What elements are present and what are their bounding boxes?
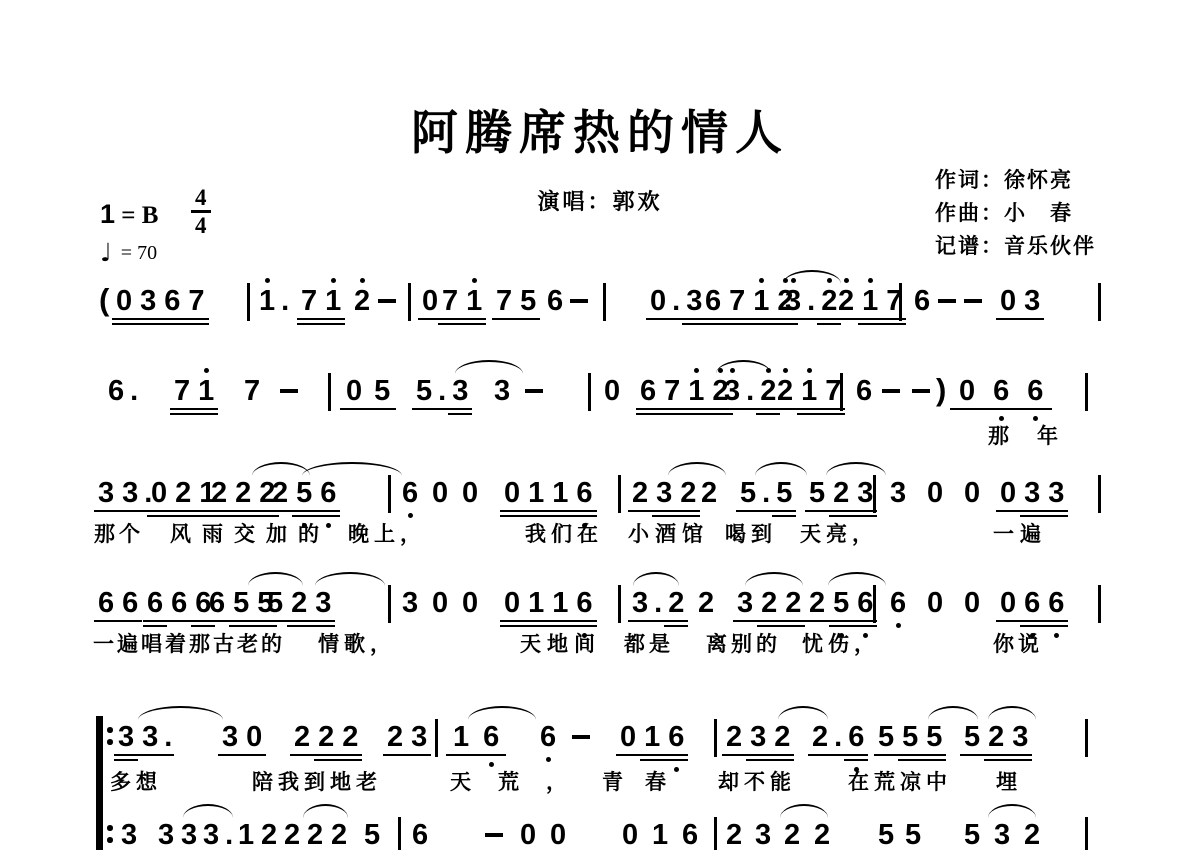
- beam-line: [652, 510, 676, 513]
- beam-line: [882, 323, 906, 326]
- beam-line: [160, 318, 184, 321]
- note: 2: [257, 820, 281, 850]
- beam-line: [316, 510, 340, 513]
- note: 6: [536, 722, 560, 752]
- note: 2: [1020, 820, 1044, 850]
- note: 6: [886, 588, 910, 618]
- duration-dash: [938, 299, 956, 303]
- beam-line: [773, 408, 797, 411]
- slur-arc: [138, 706, 223, 720]
- note: 3: [1008, 722, 1032, 752]
- note: 1: [749, 286, 773, 316]
- note-digit: 0: [622, 819, 638, 850]
- note-group: 5: [360, 820, 384, 850]
- note-group: 0: [546, 820, 570, 850]
- beam-line: [772, 515, 796, 518]
- note-digit: 6: [705, 285, 721, 317]
- beam-line: [853, 515, 877, 518]
- note-digit: 3: [142, 721, 158, 753]
- beam-line: [805, 620, 829, 623]
- note-digit: 0: [432, 477, 448, 509]
- note-group: 5: [874, 820, 898, 850]
- note-group: 03: [996, 286, 1044, 316]
- beam-line: [171, 510, 195, 513]
- note: 2: [268, 478, 292, 508]
- note-digit: 7: [174, 375, 190, 407]
- note-digit: 1: [552, 477, 568, 509]
- note: 6: [104, 376, 128, 406]
- note: 6: [167, 588, 191, 618]
- beam-line: [572, 625, 596, 628]
- beam-line: [646, 318, 670, 321]
- beam-line: [255, 515, 279, 518]
- slur-arc: [716, 360, 771, 374]
- slur-arc: [455, 360, 523, 374]
- note: 0: [340, 376, 368, 406]
- barline: [714, 817, 717, 850]
- octave-dot-high: [694, 368, 699, 373]
- beam-line: [858, 318, 882, 321]
- note-group: 71: [170, 376, 218, 406]
- note-digit: 2: [307, 819, 323, 850]
- note-group: 2: [810, 820, 834, 850]
- beam-line: [287, 620, 311, 623]
- beam-line: [118, 510, 142, 513]
- beam-line: [664, 759, 688, 762]
- note-digit: 6: [402, 477, 418, 509]
- beam-line: [138, 754, 162, 757]
- note-digit: .: [672, 285, 680, 317]
- beam-line: [781, 625, 805, 628]
- slur-arc: [315, 572, 385, 586]
- note-digit: .: [225, 819, 233, 850]
- note-digit: 6: [209, 587, 225, 619]
- octave-dot-high: [472, 278, 477, 283]
- note-digit: 1: [688, 375, 704, 407]
- note: 1: [548, 588, 572, 618]
- beam-line: [829, 625, 853, 628]
- beam-line: [821, 413, 845, 416]
- note: 3: [199, 820, 223, 850]
- beam-line: [829, 620, 853, 623]
- beam-line: [94, 510, 118, 513]
- beam-line: [1008, 754, 1032, 757]
- note-digit: 5: [809, 477, 825, 509]
- note: .: [744, 376, 756, 406]
- note-digit: 2: [814, 819, 830, 850]
- note: 2: [290, 722, 314, 752]
- beam-line: [749, 318, 773, 321]
- barline: [603, 283, 606, 321]
- beam-line: [572, 620, 596, 623]
- note: 1: [548, 478, 572, 508]
- beam-line: [205, 620, 229, 623]
- beam-line: [722, 754, 746, 757]
- barline: [1085, 817, 1088, 850]
- beam-line: [996, 318, 1020, 321]
- beam-line: [462, 318, 486, 321]
- note-group: 3: [751, 820, 775, 850]
- note: 1: [255, 286, 279, 316]
- note: 5: [516, 286, 540, 316]
- beam-line: [297, 318, 321, 321]
- beam-line: [749, 323, 773, 326]
- note-digit: 7: [825, 375, 841, 407]
- beam-line: [321, 318, 345, 321]
- note-digit: 6: [1048, 587, 1064, 619]
- beam-line: [438, 318, 462, 321]
- note: 0: [618, 820, 642, 850]
- note-digit: 5: [520, 285, 536, 317]
- barline: [899, 283, 902, 321]
- note-digit: 5: [833, 587, 849, 619]
- note: 3: [94, 478, 118, 508]
- beam-line: [757, 625, 781, 628]
- octave-dot-high: [331, 278, 336, 283]
- note-group: 0: [428, 478, 452, 508]
- barline: [388, 585, 391, 623]
- note: 2: [314, 722, 338, 752]
- slur-arc: [988, 706, 1036, 720]
- beam-line: [548, 515, 572, 518]
- note-digit: .: [762, 477, 770, 509]
- beam-line: [1044, 620, 1068, 623]
- note: 3: [177, 820, 201, 850]
- note: 3: [1020, 478, 1044, 508]
- beam-line: [834, 318, 858, 321]
- note-group: 033: [996, 478, 1068, 508]
- note: 1: [640, 722, 664, 752]
- note-digit: 2: [809, 587, 825, 619]
- note-digit: 0: [927, 587, 943, 619]
- note-digit: 5: [267, 587, 283, 619]
- beam-line: [670, 318, 682, 321]
- duration-dash: [485, 833, 503, 837]
- note-group: 322: [733, 588, 805, 618]
- slur-arc: [668, 462, 726, 476]
- beam-line: [844, 754, 868, 757]
- beam-line: [898, 754, 922, 757]
- note-digit: 5: [740, 477, 756, 509]
- note: 2: [338, 722, 362, 752]
- lyric-text: 一遍唱着那古老的: [93, 628, 285, 658]
- note-digit: 6: [993, 375, 1009, 407]
- note-digit: 5: [878, 819, 894, 850]
- beam-line: [136, 323, 160, 326]
- note: 2: [808, 722, 832, 752]
- note-digit: 0: [432, 587, 448, 619]
- note-digit: 2: [761, 587, 777, 619]
- note: 5: [874, 820, 898, 850]
- note-group: 523: [960, 722, 1032, 752]
- note: 3: [154, 820, 178, 850]
- note-digit: 0: [462, 477, 478, 509]
- note-digit: .: [807, 285, 815, 317]
- note-digit: 2: [784, 819, 800, 850]
- note-digit: 3: [203, 819, 219, 850]
- octave-dot-high: [265, 278, 270, 283]
- beam-line: [170, 413, 194, 416]
- note: 0: [960, 588, 984, 618]
- note-digit: 2: [668, 587, 684, 619]
- beam-line: [770, 759, 794, 762]
- beam-line: [446, 754, 476, 757]
- beam-line: [772, 510, 796, 513]
- octave-dot-high: [759, 278, 764, 283]
- note-group: 2: [1020, 820, 1044, 850]
- beam-line: [708, 413, 732, 416]
- note-digit: 0: [620, 721, 636, 753]
- note-group: 0: [516, 820, 540, 850]
- barline: [1098, 475, 1101, 513]
- beam-line: [805, 318, 817, 321]
- note: 5: [412, 376, 436, 406]
- note: 2: [231, 478, 255, 508]
- note-digit: 6: [171, 587, 187, 619]
- note-group: 555: [874, 722, 946, 752]
- note: 3: [407, 722, 431, 752]
- duration-dash: [912, 389, 930, 393]
- note-digit: 1: [652, 819, 668, 850]
- note-digit: .: [654, 587, 662, 619]
- note: 3: [628, 588, 652, 618]
- note-digit: 3: [118, 721, 134, 753]
- beam-line: [1020, 318, 1044, 321]
- note-group: 2: [257, 820, 281, 850]
- note-digit: 3: [737, 587, 753, 619]
- note-group: 3: [490, 376, 514, 406]
- lyric-text: 天亮，: [800, 518, 878, 548]
- note-digit: 2: [838, 285, 854, 317]
- beam-line: [922, 759, 946, 762]
- beam-line: [701, 323, 725, 326]
- note-digit: 3: [1012, 721, 1028, 753]
- note-digit: 0: [550, 819, 566, 850]
- barline: [714, 719, 717, 757]
- slur-arc: [783, 270, 841, 284]
- note-digit: 6: [682, 819, 698, 850]
- note-digit: 0: [604, 375, 620, 407]
- beam-line: [448, 413, 472, 416]
- note-digit: 0: [462, 587, 478, 619]
- beam-line: [314, 754, 338, 757]
- note: 6: [398, 478, 422, 508]
- beam-line: [524, 620, 548, 623]
- note-group: 2: [327, 820, 351, 850]
- note-group: 0116: [500, 588, 597, 618]
- note: 0: [996, 478, 1020, 508]
- note: 5: [368, 376, 396, 406]
- octave-dot-high: [807, 368, 812, 373]
- note-group: 066: [996, 588, 1068, 618]
- intro-paren-close: ): [936, 372, 946, 408]
- beam-line: [171, 515, 195, 518]
- note: 2: [303, 820, 327, 850]
- note-digit: 1: [198, 375, 214, 407]
- note: 2: [628, 478, 652, 508]
- note: 1: [446, 722, 476, 752]
- note-digit: 3: [222, 721, 238, 753]
- note-group: 3: [117, 820, 141, 850]
- note-group: 71: [438, 286, 486, 316]
- note-group: 33.: [114, 722, 174, 752]
- note: 1: [858, 286, 882, 316]
- beam-line: [311, 620, 335, 623]
- note: 1: [321, 286, 345, 316]
- duration-dash: [882, 389, 900, 393]
- note-digit: 1: [528, 477, 544, 509]
- beam-line: [664, 620, 688, 623]
- beam-line: [194, 413, 218, 416]
- slur-arc: [248, 572, 303, 586]
- repeat-sign-bar: [96, 716, 103, 850]
- note-digit: 0: [504, 587, 520, 619]
- repeat-sign-dot: [107, 727, 113, 733]
- beam-line: [898, 759, 922, 762]
- note: 3: [746, 722, 770, 752]
- note-group: 5.5: [736, 478, 796, 508]
- beam-line: [922, 754, 946, 757]
- note-digit: 2: [354, 285, 370, 317]
- note-group: 256: [268, 478, 340, 508]
- note-digit: 2: [1024, 819, 1040, 850]
- beam-line: [231, 510, 255, 513]
- beam-line: [114, 759, 138, 762]
- note: 6: [701, 286, 725, 316]
- note-group: 30: [218, 722, 266, 752]
- note-digit: 6: [576, 587, 592, 619]
- note-group: 217: [773, 376, 845, 406]
- beam-line: [476, 754, 506, 757]
- barline: [388, 475, 391, 513]
- beam-line: [1020, 510, 1044, 513]
- note-group: 6: [910, 286, 934, 316]
- lyric-text: 在荒凉中: [848, 766, 952, 796]
- note: 2: [697, 478, 721, 508]
- note: .: [128, 376, 140, 406]
- beam-line: [524, 625, 548, 628]
- note: 0: [516, 820, 540, 850]
- barline: [873, 585, 876, 623]
- repeat-sign-dot: [107, 825, 113, 831]
- note: 2: [207, 478, 231, 508]
- note-digit: 3: [122, 477, 138, 509]
- note-digit: 6: [856, 375, 872, 407]
- note: 6: [678, 820, 702, 850]
- note: 1: [524, 588, 548, 618]
- slur-arc: [826, 462, 886, 476]
- note-digit: 2: [331, 819, 347, 850]
- note-digit: 1: [466, 285, 482, 317]
- beam-line: [984, 759, 1008, 762]
- beam-line: [984, 754, 1008, 757]
- intro-paren-open: (: [99, 282, 109, 318]
- note-digit: 7: [442, 285, 458, 317]
- note-digit: 6: [164, 285, 180, 317]
- beam-line: [757, 620, 781, 623]
- octave-dot-low: [1054, 633, 1059, 638]
- note-digit: .: [164, 721, 172, 753]
- note-digit: 2: [833, 477, 849, 509]
- beam-line: [640, 754, 664, 757]
- note-digit: 6: [640, 375, 656, 407]
- note-group: 2: [280, 820, 304, 850]
- beam-line: [170, 408, 194, 411]
- note: 2: [810, 820, 834, 850]
- note-group: 0: [458, 478, 482, 508]
- slur-arc: [778, 706, 828, 720]
- beam-line: [853, 625, 877, 628]
- note-digit: 3: [857, 477, 873, 509]
- note-digit: 6: [668, 721, 684, 753]
- slur-arc: [828, 572, 886, 586]
- beam-line: [1020, 515, 1044, 518]
- note-digit: 3: [724, 375, 740, 407]
- note-digit: 1: [862, 285, 878, 317]
- beam-line: [725, 318, 749, 321]
- sheet-music-page: 阿腾席热的情人 演唱：郭欢 作词：徐怀亮 作曲：小 春 记谱：音乐伙伴 1 = …: [0, 0, 1200, 850]
- note-digit: 3: [411, 721, 427, 753]
- note-digit: 7: [664, 375, 680, 407]
- note: 0: [546, 820, 570, 850]
- note-digit: 1: [528, 587, 544, 619]
- note: 6: [143, 588, 167, 618]
- beam-line: [500, 510, 524, 513]
- barline: [398, 817, 401, 850]
- note: 0: [646, 286, 670, 316]
- octave-dot-high: [360, 278, 365, 283]
- note: 0: [458, 588, 482, 618]
- note: 6: [205, 588, 229, 618]
- duration-dash: [525, 389, 543, 393]
- note-group: 16: [446, 722, 506, 752]
- lyric-text: 离别的: [706, 628, 781, 658]
- note-digit: 3: [181, 819, 197, 850]
- note: 2: [757, 588, 781, 618]
- beam-line: [162, 754, 174, 757]
- note-group: 0: [428, 588, 452, 618]
- beam-line: [781, 318, 805, 321]
- beam-line: [143, 620, 167, 623]
- note-group: 0: [458, 588, 482, 618]
- note: 5: [829, 588, 853, 618]
- note: 5: [360, 820, 384, 850]
- note: 7: [297, 286, 321, 316]
- barline: [1098, 585, 1101, 623]
- lyric-text: 我们在: [525, 518, 603, 548]
- note-group: 1.: [255, 286, 291, 316]
- note-group: 0: [923, 478, 947, 508]
- note: 7: [492, 286, 516, 316]
- beam-line: [407, 754, 431, 757]
- octave-dot-high: [868, 278, 873, 283]
- note-digit: 0: [1000, 285, 1016, 317]
- octave-dot-high: [844, 278, 849, 283]
- note-digit: 3: [750, 721, 766, 753]
- note: 0: [923, 478, 947, 508]
- beam-line: [297, 323, 321, 326]
- note: 1: [648, 820, 672, 850]
- lyric-text: 天荒，: [450, 766, 594, 796]
- beam-line: [500, 620, 524, 623]
- note-digit: 0: [964, 477, 980, 509]
- note: 5: [772, 478, 796, 508]
- note-digit: 6: [914, 285, 930, 317]
- beam-line: [287, 625, 311, 628]
- note: 1: [524, 478, 548, 508]
- beam-line: [720, 408, 744, 411]
- note-group: 3.2: [720, 376, 780, 406]
